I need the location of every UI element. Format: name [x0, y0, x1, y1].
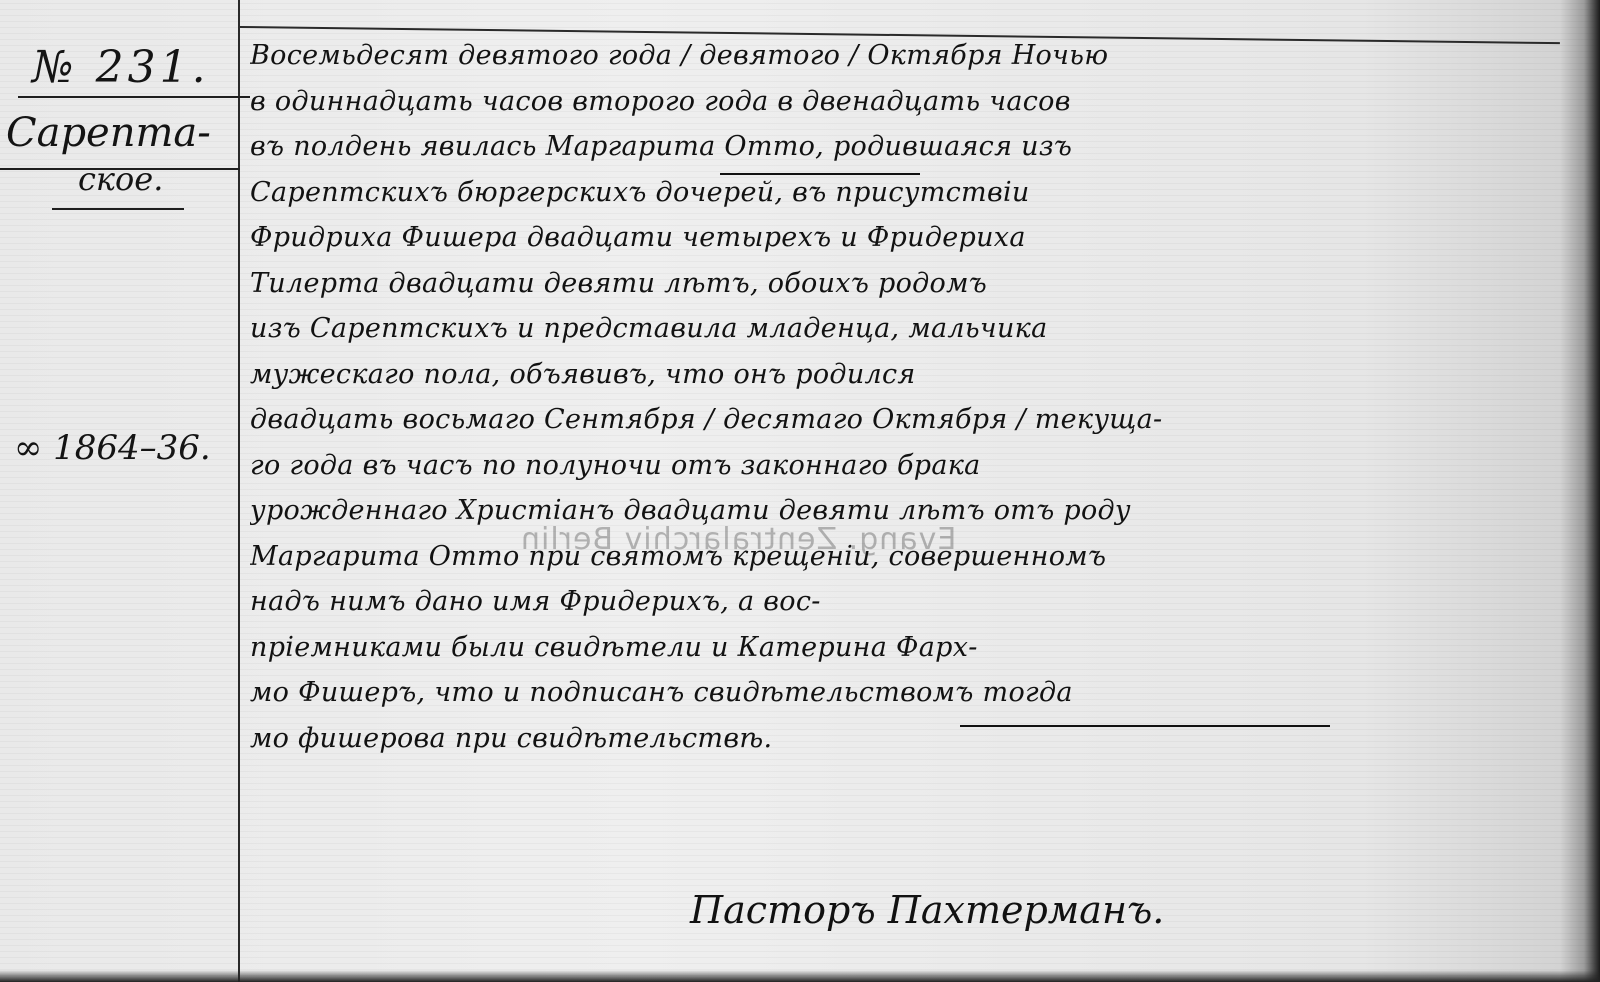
body-line: изъ Сарептскихъ и представила младенца, …	[250, 313, 1550, 359]
body-line: Тилерта двадцати девяти лѣтъ, обоихъ род…	[250, 268, 1550, 314]
pastor-signature: Пасторъ Пахтерманъ.	[690, 888, 1164, 932]
body-line: Фридриха Фишера двадцати четырехъ и Фрид…	[250, 222, 1550, 268]
entry-number-underline	[18, 96, 250, 98]
body-line: урожденнаго Христіанъ двадцати девяти лѣ…	[250, 495, 1550, 541]
marriage-reference: ∞ 1864–36.	[14, 428, 211, 468]
body-line: двадцать восьмаго Сентября / десятаго Ок…	[250, 404, 1550, 450]
margin-column-rule	[238, 0, 240, 982]
body-line: Восемьдесят девятого года / девятого / О…	[250, 40, 1550, 86]
name-underline-child	[960, 725, 1330, 727]
body-line: мо Фишеръ, что и подписанъ свидѣтельство…	[250, 677, 1550, 723]
name-underline-mother	[720, 173, 920, 175]
page-bottom-shadow	[0, 970, 1600, 982]
body-line: пріемниками были свидѣтели и Катерина Фа…	[250, 632, 1550, 678]
entry-number: № 231.	[32, 42, 210, 93]
body-line: Маргарита Отто при святомъ крещеніи, сов…	[250, 541, 1550, 587]
body-line: Сарептскихъ бюргерскихъ дочерей, въ прис…	[250, 177, 1550, 223]
page-edge-shadow	[1560, 0, 1600, 982]
body-line: го года въ часъ по полуночи отъ законнаг…	[250, 450, 1550, 496]
place-underline	[52, 208, 184, 210]
place-name-line2: ское.	[78, 160, 163, 198]
body-line: мо фишерова при свидѣтельствѣ.	[250, 723, 1550, 769]
place-name-line1: Сарепта-	[6, 110, 211, 156]
body-line: мужескаго пола, объявивъ, что онъ родилс…	[250, 359, 1550, 405]
register-page: № 231. Сарепта- ское. ∞ 1864–36. Evang. …	[0, 0, 1600, 982]
body-line: въ полдень явилась Маргарита Отто, родив…	[250, 131, 1550, 177]
body-line: надъ нимъ дано имя Фридерихъ, а вос-	[250, 586, 1550, 632]
body-line: в одиннадцать часов второго года в двена…	[250, 86, 1550, 132]
entry-body: Восемьдесят девятого года / девятого / О…	[250, 40, 1550, 768]
